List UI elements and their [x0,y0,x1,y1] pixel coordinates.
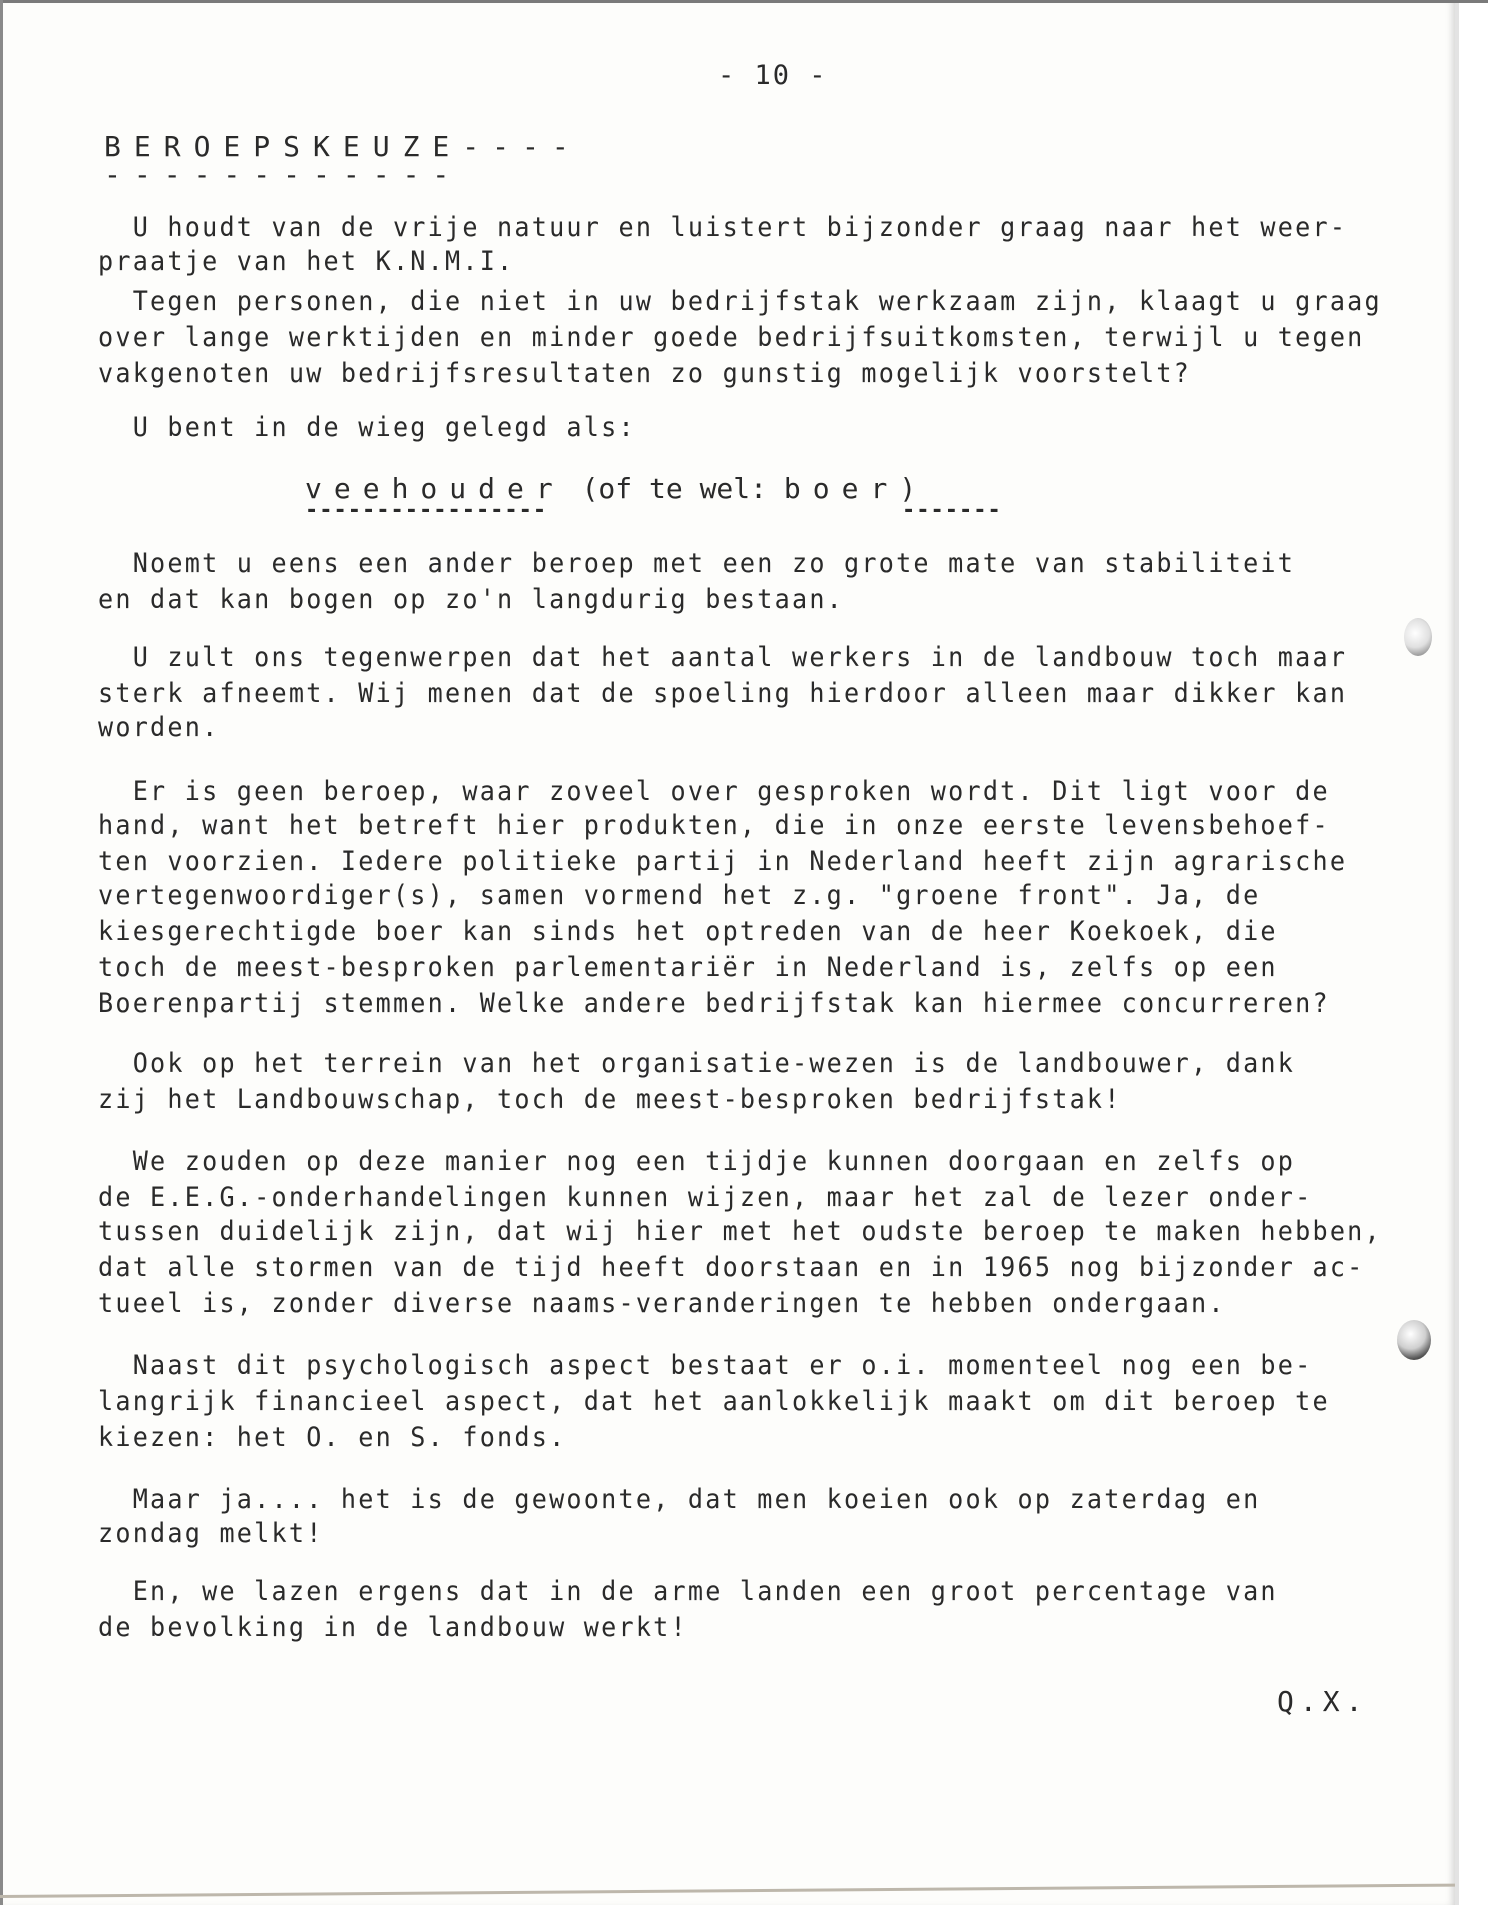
signature: Q.X. [1277,1685,1368,1718]
text-line: En, we lazen ergens dat in de arme lande… [98,1576,1278,1607]
text-line: vakgenoten uw bedrijfsresultaten zo guns… [98,358,1191,389]
title-underline: ------------ [104,158,462,191]
text-line: over lange werktijden en minder goede be… [98,322,1365,353]
text-line: tueel is, zonder diverse naams-veranderi… [98,1288,1226,1319]
text-line: zij het Landbouwschap, toch de meest-bes… [98,1084,1122,1115]
page-number: - 10 - [718,60,828,91]
text-line: en dat kan bogen op zo'n langdurig besta… [98,584,844,615]
text-line: kiesgerechtigde boer kan sinds het optre… [98,916,1278,947]
text-line: kiezen: het O. en S. fonds. [98,1422,566,1453]
page-top-edge [0,0,1488,3]
text-line: dat alle stormen van de tijd heeft doors… [98,1252,1365,1283]
text-line: hand, want het betreft hier produkten, d… [98,810,1330,841]
text-line: We zouden op deze manier nog een tijdje … [98,1146,1295,1177]
text-line: toch de meest-besproken parlementariër i… [98,952,1278,983]
punch-hole-icon [1404,618,1432,656]
profession-aside: (of te wel: [565,472,784,505]
text-line: Naast dit psychologisch aspect bestaat e… [98,1350,1312,1381]
text-line: zondag melkt! [98,1518,324,1549]
text-line: Maar ja.... het is de gewoonte, dat men … [98,1484,1260,1515]
profession-underline: ----------------- [305,498,547,523]
text-line: Er is geen beroep, waar zoveel over gesp… [98,776,1330,807]
text-line: ten voorzien. Iedere politieke partij in… [98,846,1347,877]
text-line: Tegen personen, die niet in uw bedrijfst… [98,286,1382,317]
profession-alt-underline: ------- [902,498,1002,523]
text-line: praatje van het K.N.M.I. [98,246,514,277]
text-line: worden. [98,712,219,743]
text-line: tussen duidelijk zijn, dat wij hier met … [98,1216,1382,1247]
text-line: U zult ons tegenwerpen dat het aantal we… [98,642,1347,673]
text-line: de bevolking in de landbouw werkt! [98,1612,688,1643]
text-line: langrijk financieel aspect, dat het aanl… [98,1386,1330,1417]
text-line: U houdt van de vrije natuur en luistert … [98,212,1347,243]
text-line: Noemt u eens een ander beroep met een zo… [98,548,1295,579]
text-line: sterk afneemt. Wij menen dat de spoeling… [98,678,1347,709]
text-line: U bent in de wieg gelegd als: [98,412,636,443]
text-line: Boerenpartij stemmen. Welke andere bedri… [98,988,1330,1019]
profession-alt-word: boer [784,472,899,505]
text-line: de E.E.G.-onderhandelingen kunnen wijzen… [98,1182,1312,1213]
text-line: vertegenwoordiger(s), samen vormend het … [98,880,1260,911]
text-line: Ook op het terrein van het organisatie-w… [98,1048,1295,1079]
page-left-edge [0,0,3,1905]
punch-hole-icon [1397,1320,1431,1360]
